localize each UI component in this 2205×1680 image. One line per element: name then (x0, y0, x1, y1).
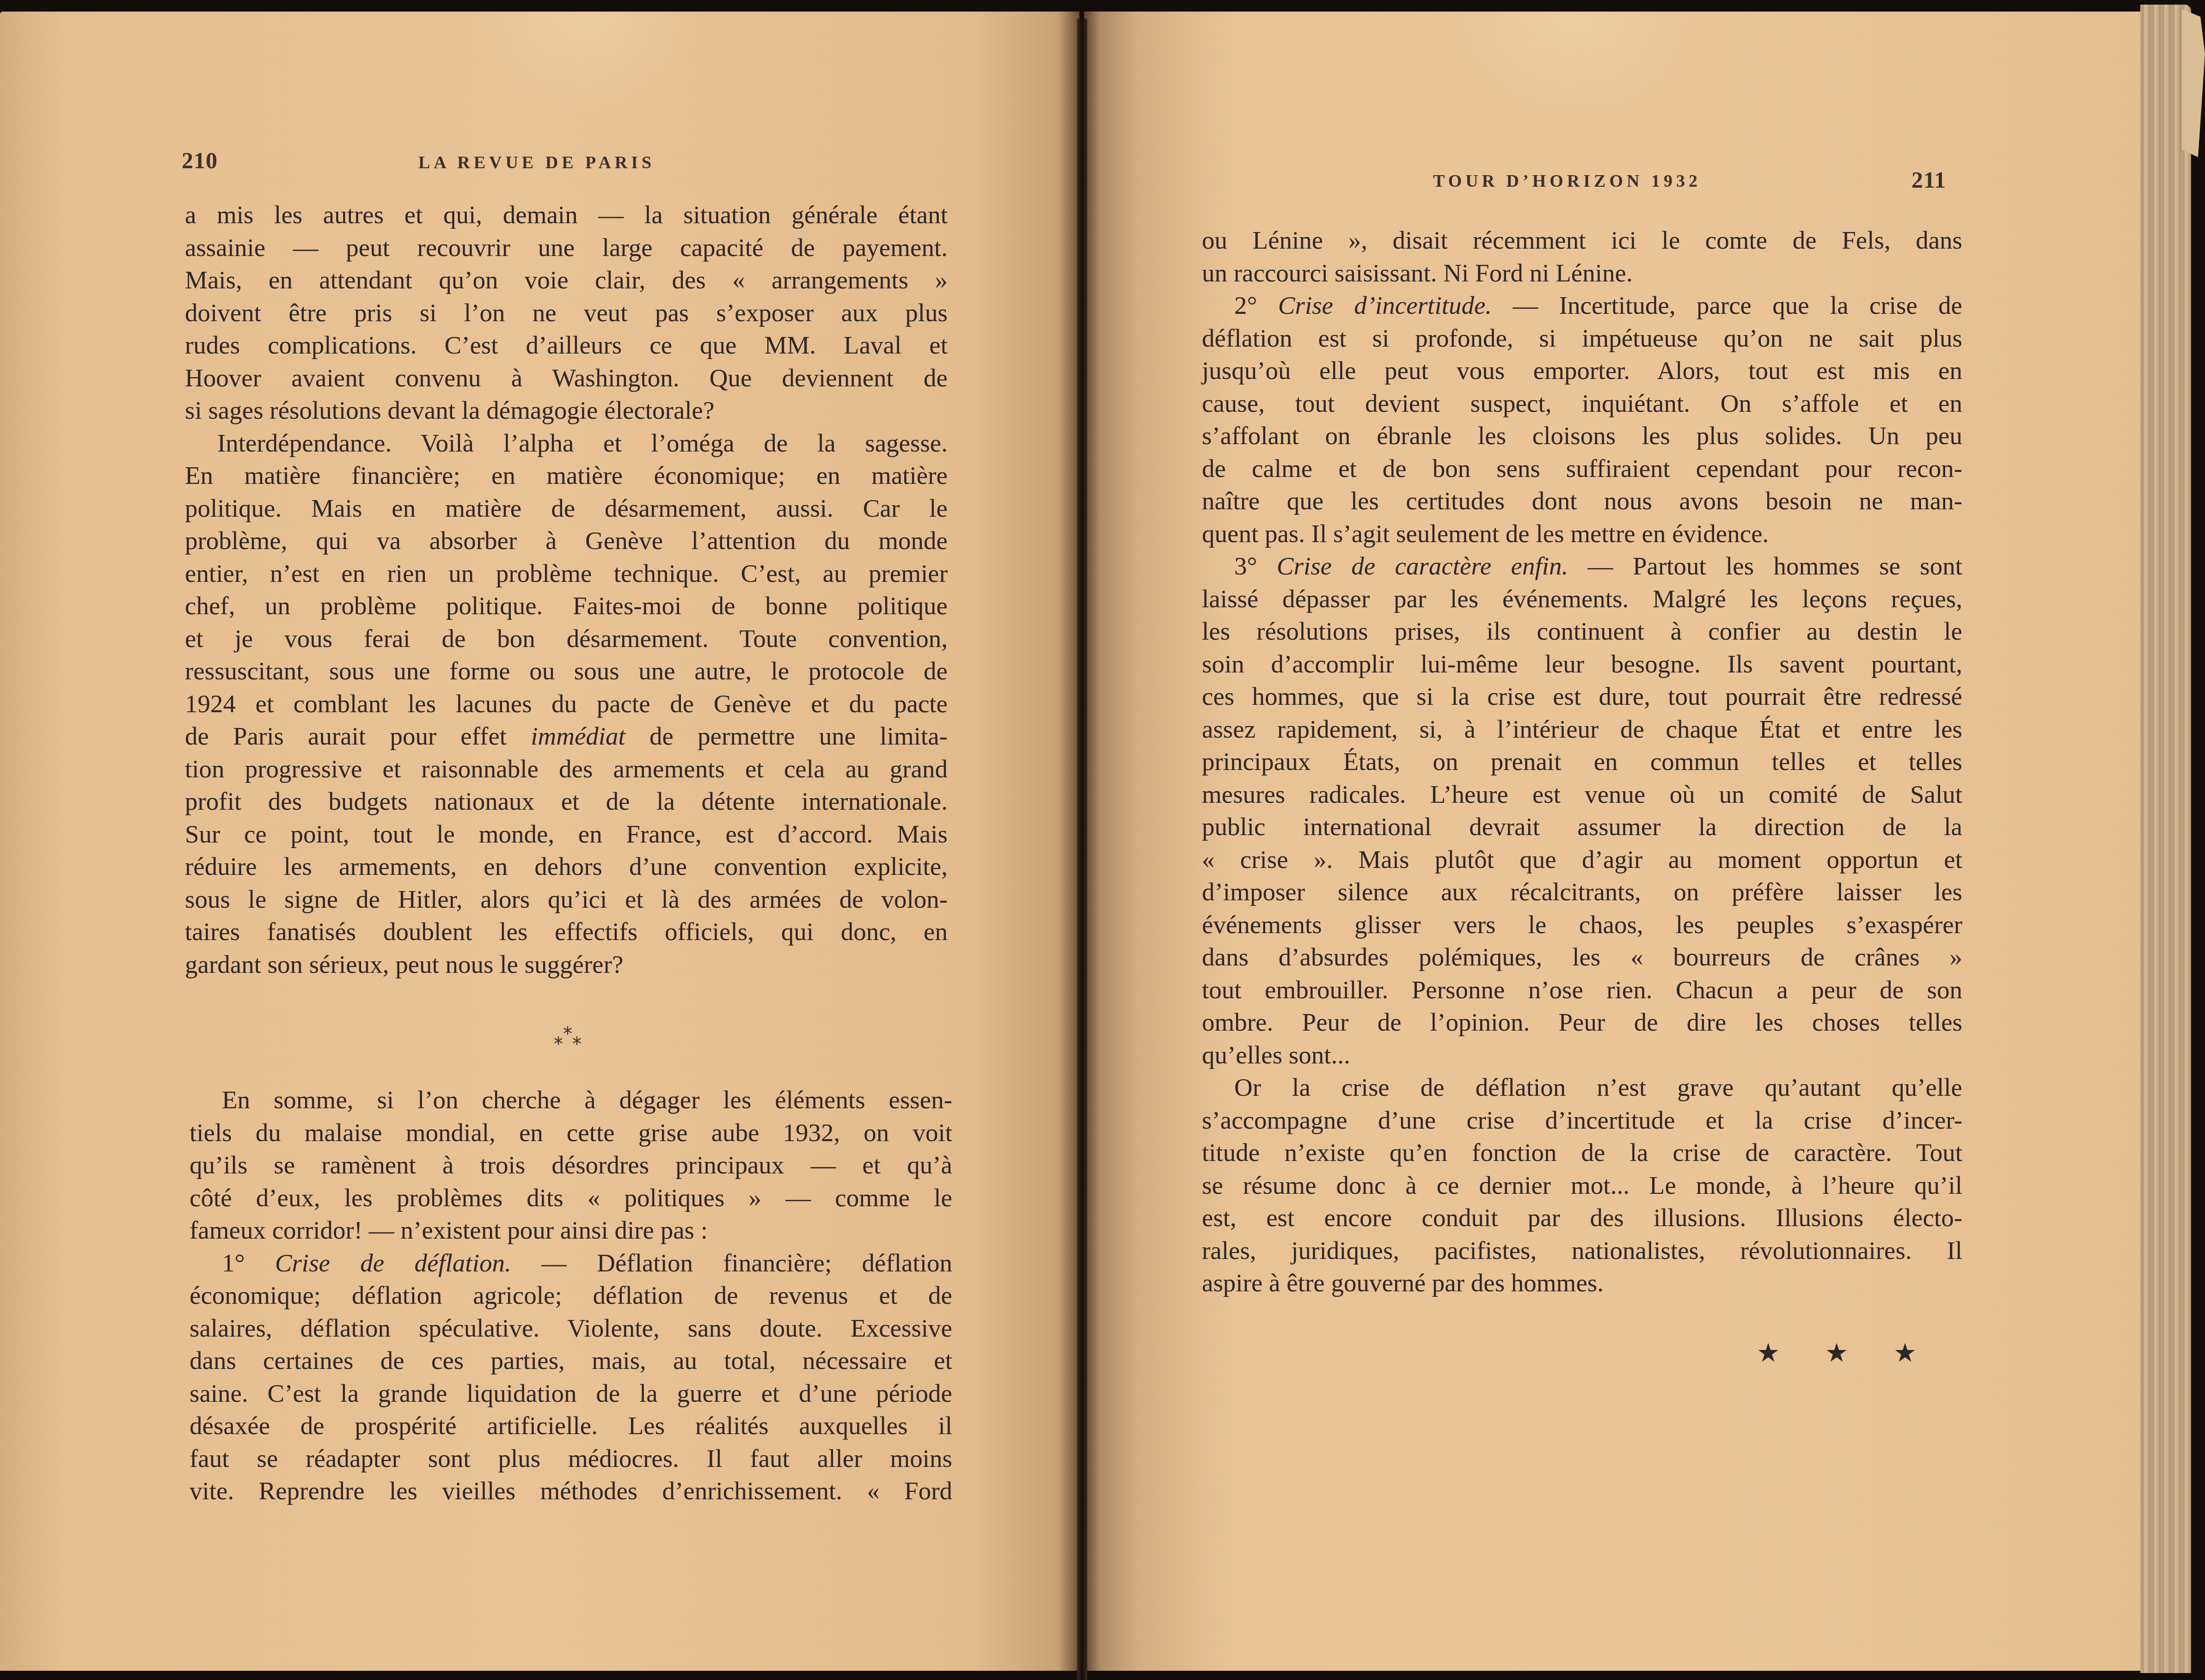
torn-page-edge (2182, 9, 2205, 157)
text-line: chef, un problème politique. Faites-moi … (185, 590, 948, 623)
running-head-left: LA REVUE DE PARIS (418, 153, 655, 173)
text-line: profit des budgets nationaux et de la dé… (185, 785, 948, 818)
numbered-point-2: 2° Crise d’incertitude. — Incertitude, p… (1202, 289, 1962, 550)
paper-stain (472, 12, 703, 113)
text-line: est, est encore conduit par des illusion… (1202, 1202, 1962, 1234)
asterisk-icon: * (563, 1024, 572, 1045)
left-page-body: a mis les autres et qui, demain — la sit… (185, 199, 948, 981)
text-line: a mis les autres et qui, demain — la sit… (185, 199, 948, 232)
text-line: naître que les certitudes dont nous avon… (1202, 485, 1962, 518)
text-line: qu’ils se ramènent à trois désordres pri… (190, 1149, 952, 1182)
text-line: Sur ce point, tout le monde, en France, … (185, 818, 948, 851)
numbered-point-3: 3° Crise de caractère enfin. — Partout l… (1202, 550, 1962, 1071)
text-line: dans certaines de ces parties, mais, au … (190, 1344, 952, 1377)
text-line: côté d’eux, les problèmes dits « politiq… (190, 1182, 952, 1215)
text-line: dans d’absurdes polémiques, les « bourre… (1202, 941, 1962, 974)
text-line: faut se réadapter sont plus médiocres. I… (190, 1442, 952, 1475)
point-number: 1° (222, 1249, 245, 1277)
text-line: assez rapidement, si, à l’intérieur de c… (1202, 713, 1962, 746)
text-line: titude n’existe qu’en fonction de la cri… (1202, 1136, 1962, 1169)
text-line: sous le signe de Hitler, alors qu’ici et… (185, 883, 948, 916)
book-gutter (1077, 18, 1087, 1680)
paragraph: a mis les autres et qui, demain — la sit… (185, 199, 948, 427)
text-run: de Paris aurait pour effet (185, 722, 531, 750)
page-number-left: 210 (182, 147, 218, 174)
section-asterism: * * * (545, 1024, 592, 1070)
text-line: tion progressive et raisonnable des arme… (185, 753, 948, 786)
end-mark-stars-icon: ★ ★ ★ (1757, 1338, 1935, 1368)
text-line: événements glisser vers le chaos, les pe… (1202, 909, 1962, 941)
text-line: tout embrouiller. Personne n’ose rien. C… (1202, 974, 1962, 1007)
text-line: 2° Crise d’incertitude. — Incertitude, p… (1202, 289, 1962, 322)
text-line: vite. Reprendre les vieilles méthodes d’… (190, 1475, 952, 1508)
left-page-body-continued: En somme, si l’on cherche à dégager les … (190, 1084, 952, 1508)
text-run: — Partout les hommes se sont (1568, 552, 1962, 580)
text-line: ou Lénine », disait récemment ici le com… (1202, 224, 1962, 257)
text-line: d’imposer silence aux récalcitrants, on … (1202, 876, 1962, 909)
conclusion-paragraph: Or la crise de déflation n’est grave qu’… (1202, 1071, 1962, 1300)
text-line: principaux États, on prenait en commun t… (1202, 745, 1962, 778)
text-line: Mais, en attendant qu’on voie clair, des… (185, 264, 948, 297)
text-run: — Déflation financière; déflation (511, 1249, 952, 1277)
text-line: assainie — peut recouvrir une large capa… (185, 232, 948, 264)
text-line: mesures radicales. L’heure est venue où … (1202, 778, 1962, 811)
text-line: aspire à être gouverné par des hommes. (1202, 1267, 1962, 1300)
text-line: gardant son sérieux, peut nous le suggér… (185, 948, 948, 981)
running-head-right: TOUR D’HORIZON 1932 (1433, 171, 1701, 191)
paragraph: ou Lénine », disait récemment ici le com… (1202, 224, 1962, 289)
text-line: ces hommes, que si la crise est dure, to… (1202, 680, 1962, 713)
point-title: Crise de caractère enfin. (1277, 552, 1568, 580)
text-line: rales, juridiques, pacifistes, nationali… (1202, 1234, 1962, 1267)
text-line: de Paris aurait pour effet immédiat de p… (185, 720, 948, 753)
point-number: 2° (1234, 291, 1257, 319)
asterisk-icon: * (572, 1034, 582, 1055)
text-line: entier, n’est en rien un problème techni… (185, 557, 948, 590)
point-number: 3° (1234, 552, 1257, 580)
text-line: ressuscitant, sous une forme ou sous une… (185, 655, 948, 688)
text-line: jusqu’où elle peut vous emporter. Alors,… (1202, 354, 1962, 387)
text-line: un raccourci saisissant. Ni Ford ni Léni… (1202, 257, 1962, 290)
text-run: de permettre une limita- (625, 722, 948, 750)
right-page-body: ou Lénine », disait récemment ici le com… (1202, 224, 1962, 1300)
text-line: économique; déflation agricole; déflatio… (190, 1279, 952, 1312)
point-title: Crise d’incertitude. (1278, 291, 1492, 319)
text-run: — Incertitude, parce que la crise de (1492, 291, 1962, 319)
text-line: « crise ». Mais plutôt que d’agir au mom… (1202, 843, 1962, 876)
text-line: quent pas. Il s’agit seulement de les me… (1202, 518, 1962, 550)
text-line: fameux corridor! — n’existent pour ainsi… (190, 1214, 952, 1247)
numbered-point-1: 1° Crise de déflation. — Déflation finan… (190, 1247, 952, 1508)
text-line: laissé dépasser par les événements. Malg… (1202, 583, 1962, 616)
text-line: taires fanatisés doublent les effectifs … (185, 916, 948, 948)
text-line: déflation est si profonde, si impétueuse… (1202, 322, 1962, 355)
page-number-right: 211 (1911, 166, 1946, 193)
text-line: désaxée de prospérité artificielle. Les … (190, 1410, 952, 1442)
italic-emphasis: immédiat (531, 722, 625, 750)
asterisk-icon: * (554, 1034, 563, 1055)
text-line: 3° Crise de caractère enfin. — Partout l… (1202, 550, 1962, 583)
text-line: s’affolant on ébranle les cloisons les p… (1202, 420, 1962, 452)
text-line: soin d’accomplir lui-même leur besogne. … (1202, 648, 1962, 681)
text-line: de calme et de bon sens suffiraient cepe… (1202, 452, 1962, 485)
text-line: 1924 et comblant les lacunes du pacte de… (185, 688, 948, 721)
text-line: Or la crise de déflation n’est grave qu’… (1202, 1071, 1962, 1104)
paragraph: Interdépendance. Voilà l’alpha et l’omég… (185, 427, 948, 981)
text-line: cause, tout devient suspect, inquiétant.… (1202, 387, 1962, 420)
text-line: salaires, déflation spéculative. Violent… (190, 1312, 952, 1345)
book-spread: 210 LA REVUE DE PARIS a mis les autres e… (0, 0, 2205, 1680)
text-line: tiels du malaise mondial, en cette grise… (190, 1117, 952, 1149)
text-line: En matière financière; en matière économ… (185, 459, 948, 492)
text-line: Hoover avaient convenu à Washington. Que… (185, 362, 948, 395)
text-line: et je vous ferai de bon désarmement. Tou… (185, 623, 948, 655)
text-line: rudes complications. C’est d’ailleurs ce… (185, 329, 948, 362)
text-line: s’accompagne d’une crise d’incertitude e… (1202, 1104, 1962, 1137)
text-line: 1° Crise de déflation. — Déflation finan… (190, 1247, 952, 1280)
text-line: public international devrait assumer la … (1202, 811, 1962, 843)
paragraph: En somme, si l’on cherche à dégager les … (190, 1084, 952, 1247)
text-line: réduire les armements, en dehors d’une c… (185, 850, 948, 883)
text-line: problème, qui va absorber à Genève l’att… (185, 525, 948, 557)
text-line: politique. Mais en matière de désarmemen… (185, 492, 948, 525)
text-line: En somme, si l’on cherche à dégager les … (190, 1084, 952, 1117)
point-title: Crise de déflation. (275, 1249, 511, 1277)
text-line: les résolutions prises, ils continuent à… (1202, 615, 1962, 648)
text-line: doivent être pris si l’on ne veut pas s’… (185, 297, 948, 330)
text-line: qu’elles sont... (1202, 1039, 1962, 1072)
paper-stain (1456, 12, 1687, 113)
text-line: saine. C’est la grande liquidation de la… (190, 1377, 952, 1410)
page-edge-stack (2140, 5, 2191, 1673)
text-line: ombre. Peur de l’opinion. Peur de dire l… (1202, 1006, 1962, 1039)
text-line: Interdépendance. Voilà l’alpha et l’omég… (185, 427, 948, 460)
text-line: se résume donc à ce dernier mot... Le mo… (1202, 1169, 1962, 1202)
text-line: si sages résolutions devant la démagogie… (185, 394, 948, 427)
